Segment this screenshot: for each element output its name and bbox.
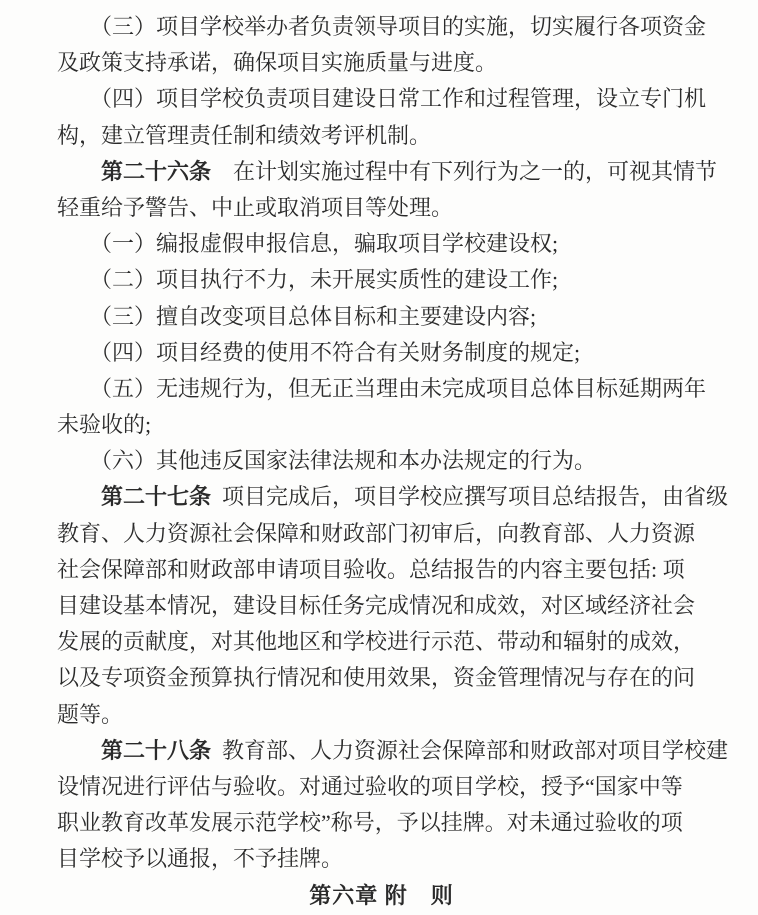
document-line: 目学校予以通报，不予挂牌。 [57,841,706,877]
document-line: 及政策支持承诺，确保项目实施质量与进度。 [57,45,706,81]
document-page: （三）项目学校举办者负责领导项目的实施，切实履行各项资金 及政策支持承诺，确保项… [0,0,758,915]
document-line: 题等。 [57,697,706,733]
chapter-6-heading: 第六章 附 则 [57,878,706,914]
document-line: 社会保障部和财政部申请项目验收。总结报告的内容主要包括: 项 [57,552,706,588]
document-line: 未验收的; [57,407,706,443]
document-line: 发展的贡献度，对其他地区和学校进行示范、带动和辐射的成效， [57,624,706,660]
line-text: 项目完成后，项目学校应撰写项目总结报告，由省级 [211,484,728,509]
document-line: 设情况进行评估与验收。对通过验收的项目学校，授予“国家中等 [57,769,706,805]
document-line: 以及专项资金预算执行情况和使用效果，资金管理情况与存在的问 [57,660,706,696]
line-text: 构，建立管理责任制和绩效考评机制。 [57,123,431,148]
line-text: 目建设基本情况，建设目标任务完成情况和成效，对区域经济社会 [57,593,695,618]
article-number: 第二十七条 [57,484,211,509]
article-number: 第二十六条 [57,159,211,184]
line-text: 发展的贡献度，对其他地区和学校进行示范、带动和辐射的成效， [57,629,695,654]
document-line-article-27: 第二十七条 项目完成后，项目学校应撰写项目总结报告，由省级 [57,479,706,515]
line-text: （四）项目学校负责项目建设日常工作和过程管理，设立专门机 [57,86,706,111]
line-text: 及政策支持承诺，确保项目实施质量与进度。 [57,50,497,75]
document-line: （一）编报虚假申报信息，骗取项目学校建设权; [57,226,706,262]
document-line: 轻重给予警告、中止或取消项目等处理。 [57,190,706,226]
line-text: （三）项目学校举办者负责领导项目的实施，切实履行各项资金 [57,14,706,39]
document-line: （六）其他违反国家法律法规和本办法规定的行为。 [57,443,706,479]
line-text: 未验收的; [57,412,151,437]
document-line-article-26: 第二十六条 在计划实施过程中有下列行为之一的，可视其情节 [57,154,706,190]
document-line-article-28: 第二十八条 教育部、人力资源社会保障部和财政部对项目学校建 [57,733,706,769]
line-text: （六）其他违反国家法律法规和本办法规定的行为。 [57,448,596,473]
article-number: 第二十八条 [57,738,211,763]
document-line: （三）项目学校举办者负责领导项目的实施，切实履行各项资金 [57,9,706,45]
document-line: （五）无违规行为，但无正当理由未完成项目总体目标延期两年 [57,371,706,407]
document-line: （四）项目学校负责项目建设日常工作和过程管理，设立专门机 [57,81,706,117]
document-line: （二）项目执行不力，未开展实质性的建设工作; [57,262,706,298]
document-line: 目建设基本情况，建设目标任务完成情况和成效，对区域经济社会 [57,588,706,624]
line-text: 在计划实施过程中有下列行为之一的，可视其情节 [211,159,717,184]
line-text: 设情况进行评估与验收。对通过验收的项目学校，授予“国家中等 [57,774,683,799]
line-text: 目学校予以通报，不予挂牌。 [57,846,343,871]
line-text: 教育部、人力资源社会保障部和财政部对项目学校建 [211,738,728,763]
line-text: （三）擅自改变项目总体目标和主要建设内容; [57,304,536,329]
line-text: （五）无违规行为，但无正当理由未完成项目总体目标延期两年 [57,376,706,401]
document-line: 教育、人力资源社会保障和财政部门初审后，向教育部、人力资源 [57,516,706,552]
line-text: （四）项目经费的使用不符合有关财务制度的规定; [57,340,580,365]
document-line: （三）擅自改变项目总体目标和主要建设内容; [57,299,706,335]
line-text: 轻重给予警告、中止或取消项目等处理。 [57,195,453,220]
document-line: （四）项目经费的使用不符合有关财务制度的规定; [57,335,706,371]
line-text: （一）编报虚假申报信息，骗取项目学校建设权; [57,231,558,256]
line-text: 题等。 [57,702,123,727]
chapter-heading-text: 第六章 附 则 [309,883,454,908]
document-line: 职业教育改革发展示范学校”称号，予以挂牌。对未通过验收的项 [57,805,706,841]
document-line: 构，建立管理责任制和绩效考评机制。 [57,118,706,154]
line-text: （二）项目执行不力，未开展实质性的建设工作; [57,267,558,292]
line-text: 职业教育改革发展示范学校”称号，予以挂牌。对未通过验收的项 [57,810,683,835]
line-text: 以及专项资金预算执行情况和使用效果，资金管理情况与存在的问 [57,665,695,690]
line-text: 教育、人力资源社会保障和财政部门初审后，向教育部、人力资源 [57,521,695,546]
line-text: 社会保障部和财政部申请项目验收。总结报告的内容主要包括: 项 [57,557,685,582]
